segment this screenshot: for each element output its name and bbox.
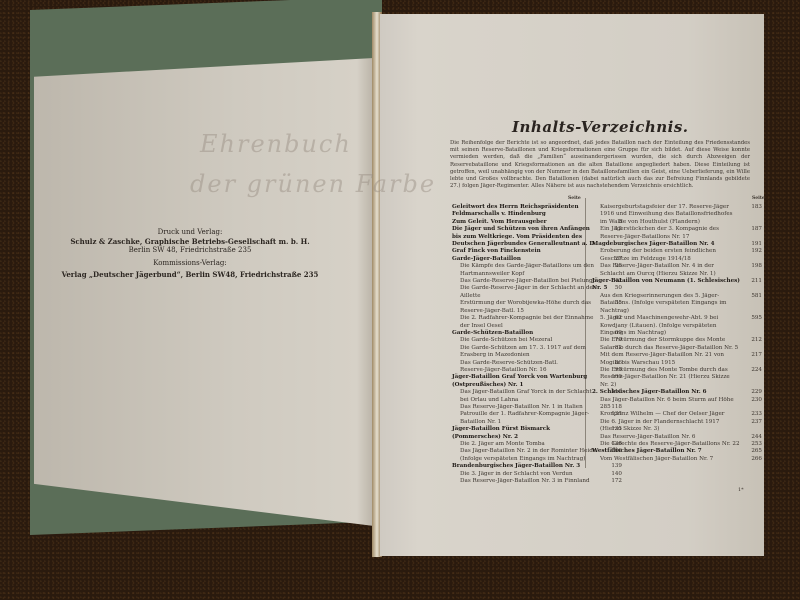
toc-heading: Inhalts-Verzeichnis. [512, 118, 689, 136]
toc-entry: Die Erstürmung der Stormkuppe des Monte … [592, 337, 762, 352]
left-page [34, 58, 374, 526]
toc-entry-title: Die Garde-Schützen am 17. 3. 1917 auf de… [452, 345, 600, 360]
toc-entry-title: Ein Jägerstückchen der 3. Kompagnie des … [592, 226, 740, 241]
toc-entry-title: Die Jäger und Schützen von ihren Anfänge… [452, 226, 600, 256]
toc-entry: Brandenburgisches Jäger-Bataillon Nr. 31… [452, 463, 622, 470]
toc-entry-title: Die 6. Jäger in der Flandernschlacht 191… [592, 419, 740, 434]
toc-entry-title: Brandenburgisches Jäger-Bataillon Nr. 3 [452, 463, 600, 470]
imprint-commission-label: Kommissions-Verlag: [40, 259, 340, 268]
toc-entry-title: Das Reserve-Jäger-Bataillon Nr. 4 in der… [592, 263, 740, 278]
toc-entry-title: Das Reserve-Jäger-Bataillon Nr. 3 in Fin… [452, 478, 600, 485]
toc-entry-title: Das Reserve-Jäger-Bataillon Nr. 1 in Ita… [452, 404, 600, 411]
toc-entry-page: 229 [744, 389, 762, 396]
toc-entry-page: 265 [744, 448, 762, 455]
toc-entry: 5. Jäger und Maschinengewehr-Abt. 9 bei … [592, 315, 762, 337]
toc-entry-title: Erstürmung der Worobijewka-Höhe durch da… [452, 300, 600, 315]
ghost-title-line-2: der grünen Farbe [190, 170, 436, 198]
toc-entry-title: Das Garde-Reserve-Schützen-Batl. [452, 360, 600, 367]
toc-entry-title: Die Erstürmung des Monte Tombe durch das… [592, 367, 740, 389]
toc-entry: 2. Schlesisches Jäger-Bataillon Nr. 6229 [592, 389, 762, 396]
toc-entry-page: 187 [744, 226, 762, 241]
toc-entry: Jäger-Bataillon von Neumann (1. Schlesis… [592, 278, 762, 293]
seite-label-left: Seite [568, 196, 581, 201]
toc-entry-title: Garde-Schützen-Bataillon [452, 330, 600, 337]
toc-entry-title: Westfälisches Jäger-Bataillon Nr. 7 [592, 448, 740, 455]
toc-intro: Die Reihenfolge der Berichte ist so ange… [450, 140, 750, 190]
toc-entry-page: 253 [744, 441, 762, 448]
toc-entry-page: 183 [744, 204, 762, 226]
toc-right-column: Kaisergeburtstagsfeier der 17. Reserve-J… [592, 204, 762, 463]
toc-entry-title: Die 2. Jäger am Monte Tomba [452, 441, 600, 448]
toc-entry-title: Die Garde-Reserve-Jäger in der Schlacht … [452, 285, 600, 300]
ghost-title-line-1: Ehrenbuch [200, 130, 352, 158]
toc-entry-page: 244 [744, 434, 762, 441]
toc-entry: Kaisergeburtstagsfeier der 17. Reserve-J… [592, 204, 762, 226]
toc-entry-title: Magdeburgisches Jäger-Bataillon Nr. 4 [592, 241, 740, 248]
toc-entry-title: Das Jäger-Bataillon Nr. 2 in der Rominte… [452, 448, 600, 463]
toc-entry-page: 172 [604, 478, 622, 485]
toc-entry-title: Eroberung der beiden ersten feindlichen … [592, 248, 740, 263]
toc-entry-title: Das Reserve-Jäger-Bataillon Nr. 6 [592, 434, 740, 441]
toc-entry: Vom Westfälischen Jäger-Bataillon Nr. 72… [592, 456, 762, 463]
toc-entry-title: Das Garde-Reserve-Jäger-Bataillon bei Pi… [452, 278, 600, 285]
toc-entry-title: Kronprinz Wilhelm — Chef der Oelser Jäge… [592, 411, 740, 418]
toc-entry-title: Vom Westfälischen Jäger-Bataillon Nr. 7 [592, 456, 740, 463]
toc-entry: Das Reserve-Jäger-Bataillon Nr. 3 in Fin… [452, 478, 622, 485]
toc-entry: Das Reserve-Jäger-Bataillon Nr. 4 in der… [592, 263, 762, 278]
toc-entry-page: 217 [744, 352, 762, 367]
toc-entry-page: 233 [744, 411, 762, 418]
toc-entry-title: 2. Schlesisches Jäger-Bataillon Nr. 6 [592, 389, 740, 396]
toc-entry: Mit dem Reserve-Jäger-Bataillon Nr. 21 v… [592, 352, 762, 367]
signature-mark: 1* [738, 487, 744, 493]
toc-entry-page: 230 [744, 397, 762, 412]
toc-entry-page: 224 [744, 367, 762, 389]
toc-entry-title: Aus den Kriegserinnerungen des 5. Jäger-… [592, 293, 740, 315]
toc-entry-page: 192 [744, 248, 762, 263]
toc-entry: Das Reserve-Jäger-Bataillon Nr. 6244 [592, 434, 762, 441]
toc-entry-page: 212 [744, 337, 762, 352]
toc-entry-title: Garde-Jäger-Bataillon [452, 256, 600, 263]
toc-entry-title: Das Jäger-Bataillon Graf Yorck in der Sc… [452, 389, 600, 404]
toc-entry: Das Jäger-Bataillon Nr. 6 beim Sturm auf… [592, 397, 762, 412]
toc-entry: Ein Jägerstückchen der 3. Kompagnie des … [592, 226, 762, 241]
toc-entry-page: 211 [744, 278, 762, 293]
imprint-printer-name: Schulz & Zaschke, Graphische Betriebs-Ge… [40, 237, 340, 246]
toc-entry-title: Die Garde-Schützen bei Mezeral [452, 337, 600, 344]
toc-entry-title: Die Kämpfe des Garde-Jäger-Bataillons um… [452, 263, 600, 278]
toc-entry: Kronprinz Wilhelm — Chef der Oelser Jäge… [592, 411, 762, 418]
toc-entry-title: Jäger-Bataillon Graf Yorck von Wartenbur… [452, 374, 600, 389]
imprint-commission-text: Verlag „Deutscher Jägerbund“, Berlin SW4… [40, 270, 340, 279]
toc-entry-title: Jäger-Bataillon von Neumann (1. Schlesis… [592, 278, 740, 293]
toc-entry: Die 3. Jäger in der Schlacht von Verdun1… [452, 471, 622, 478]
imprint-printer-address: Berlin SW 48, Friedrichstraße 235 [40, 246, 340, 255]
toc-entry-page: 139 [604, 463, 622, 470]
toc-entry: Magdeburgisches Jäger-Bataillon Nr. 4191 [592, 241, 762, 248]
toc-entry-title: 5. Jäger und Maschinengewehr-Abt. 9 bei … [592, 315, 740, 337]
toc-entry-page: 191 [744, 241, 762, 248]
toc-entry-page: 140 [604, 471, 622, 478]
toc-entry-page: 581 [744, 293, 762, 315]
toc-entry-page: 198 [744, 263, 762, 278]
toc-entry-title: Mit dem Reserve-Jäger-Bataillon Nr. 21 v… [592, 352, 740, 367]
toc-entry-page: 595 [744, 315, 762, 337]
imprint-printer-label: Druck und Verlag: [40, 228, 340, 237]
toc-entry-title: Die Erstürmung der Stormkuppe des Monte … [592, 337, 740, 352]
toc-entry-page: 266 [744, 456, 762, 463]
seite-label-right: Seite [752, 196, 765, 201]
toc-entry-title: Die 2. Radfahrer-Kompagnie bei der Einna… [452, 315, 600, 330]
toc-entry: Westfälisches Jäger-Bataillon Nr. 7265 [592, 448, 762, 455]
toc-entry-title: Kaisergeburtstagsfeier der 17. Reserve-J… [592, 204, 740, 226]
toc-entry-title: Geleitwort des Herrn Reichspräsidenten F… [452, 204, 600, 219]
toc-entry: Die Erstürmung des Monte Tombe durch das… [592, 367, 762, 389]
toc-entry-title: Die 3. Jäger in der Schlacht von Verdun [452, 471, 600, 478]
toc-entry-page: 237 [744, 419, 762, 434]
toc-entry: Aus den Kriegserinnerungen des 5. Jäger-… [592, 293, 762, 315]
toc-entry-title: Jäger-Bataillon Fürst Bismarck (Pommersc… [452, 426, 600, 441]
toc-entry-title: Patrouille der 1. Radfahrer-Kompagnie Jä… [452, 411, 600, 426]
toc-entry-title: Das Jäger-Bataillon Nr. 6 beim Sturm auf… [592, 397, 740, 412]
toc-entry: Eroberung der beiden ersten feindlichen … [592, 248, 762, 263]
toc-entry: Die 6. Jäger in der Flandernschlacht 191… [592, 419, 762, 434]
